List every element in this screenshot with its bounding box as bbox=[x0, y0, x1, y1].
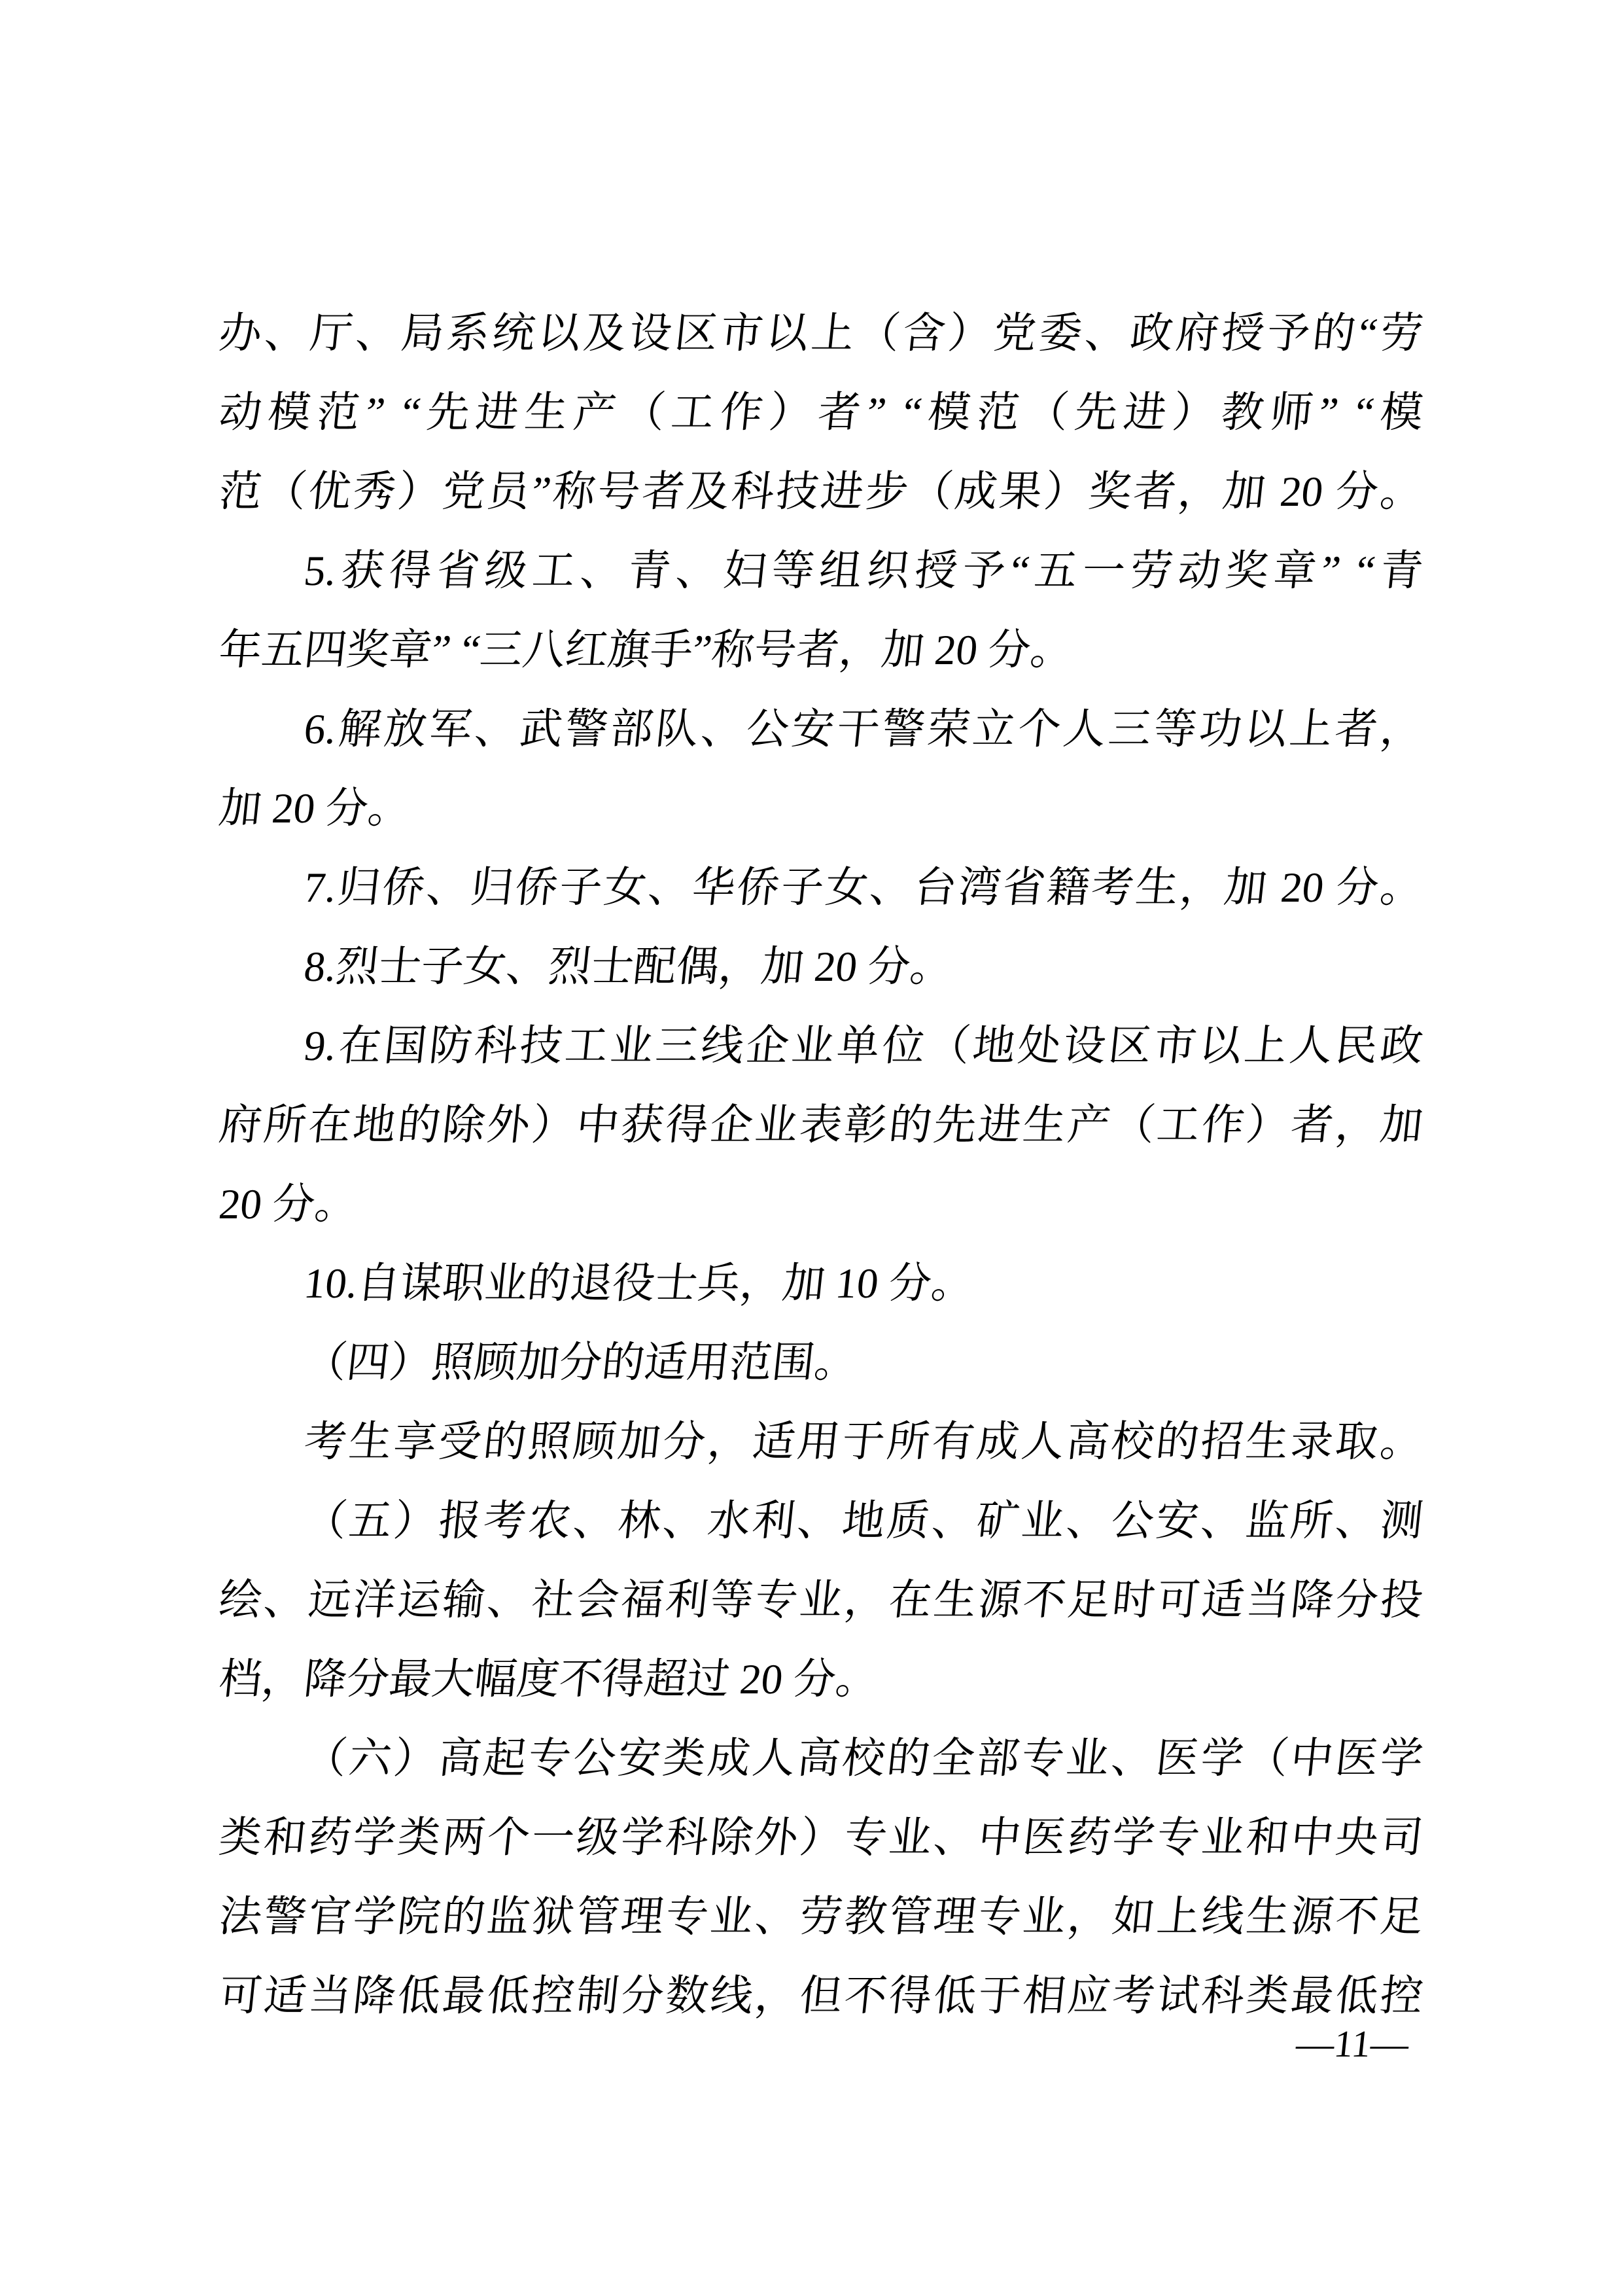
text-line: 办、厅、局系统以及设区市以上（含）党委、政府授予的“劳 bbox=[215, 294, 1427, 374]
text-line: 府所在地的除外）中获得企业表彰的先进生产（工作）者，加 bbox=[215, 1086, 1427, 1165]
text-line: 动模范” “先进生产（工作）者” “模范（先进）教师” “模 bbox=[215, 374, 1427, 453]
text-line: 可适当降低最低控制分数线，但不得低于相应考试科类最低控 bbox=[215, 1957, 1427, 2036]
text-line: 8.烈士子女、烈士配偶，加 20 分。 bbox=[215, 928, 1427, 1007]
text-line: （五）报考农、林、水利、地质、矿业、公安、监所、测 bbox=[215, 1482, 1427, 1561]
text-line: 5.获得省级工、青、妇等组织授予“五一劳动奖章” “青 bbox=[215, 532, 1427, 611]
text-line: （四）照顾加分的适用范围。 bbox=[215, 1324, 1427, 1403]
text-line: 绘、远洋运输、社会福利等专业，在生源不足时可适当降分投 bbox=[215, 1561, 1427, 1640]
text-line: 加 20 分。 bbox=[215, 769, 1427, 849]
text-line: 类和药学类两个一级学科除外）专业、中医药学专业和中央司 bbox=[215, 1799, 1427, 1878]
text-line: 9.在国防科技工业三线企业单位（地处设区市以上人民政 bbox=[215, 1007, 1427, 1086]
text-line: 法警官学院的监狱管理专业、劳教管理专业，如上线生源不足 bbox=[215, 1878, 1427, 1957]
document-page: 办、厅、局系统以及设区市以上（含）党委、政府授予的“劳动模范” “先进生产（工作… bbox=[0, 0, 1623, 2296]
text-line: 7.归侨、归侨子女、华侨子女、台湾省籍考生，加 20 分。 bbox=[215, 849, 1427, 928]
text-line: 6.解放军、武警部队、公安干警荣立个人三等功以上者， bbox=[215, 690, 1427, 769]
text-line: 考生享受的照顾加分，适用于所有成人高校的招生录取。 bbox=[215, 1403, 1427, 1482]
text-line: 年五四奖章” “三八红旗手”称号者，加 20 分。 bbox=[215, 611, 1427, 690]
text-line: 10.自谋职业的退役士兵，加 10 分。 bbox=[215, 1245, 1427, 1324]
text-line: （六）高起专公安类成人高校的全部专业、医学（中医学 bbox=[215, 1720, 1427, 1799]
text-line: 档，降分最大幅度不得超过 20 分。 bbox=[215, 1640, 1427, 1720]
text-block: 办、厅、局系统以及设区市以上（含）党委、政府授予的“劳动模范” “先进生产（工作… bbox=[219, 294, 1423, 2036]
page-number: —11— bbox=[1290, 2023, 1416, 2065]
text-line: 范（优秀）党员”称号者及科技进步（成果）奖者，加 20 分。 bbox=[215, 453, 1427, 532]
text-line: 20 分。 bbox=[215, 1165, 1427, 1245]
